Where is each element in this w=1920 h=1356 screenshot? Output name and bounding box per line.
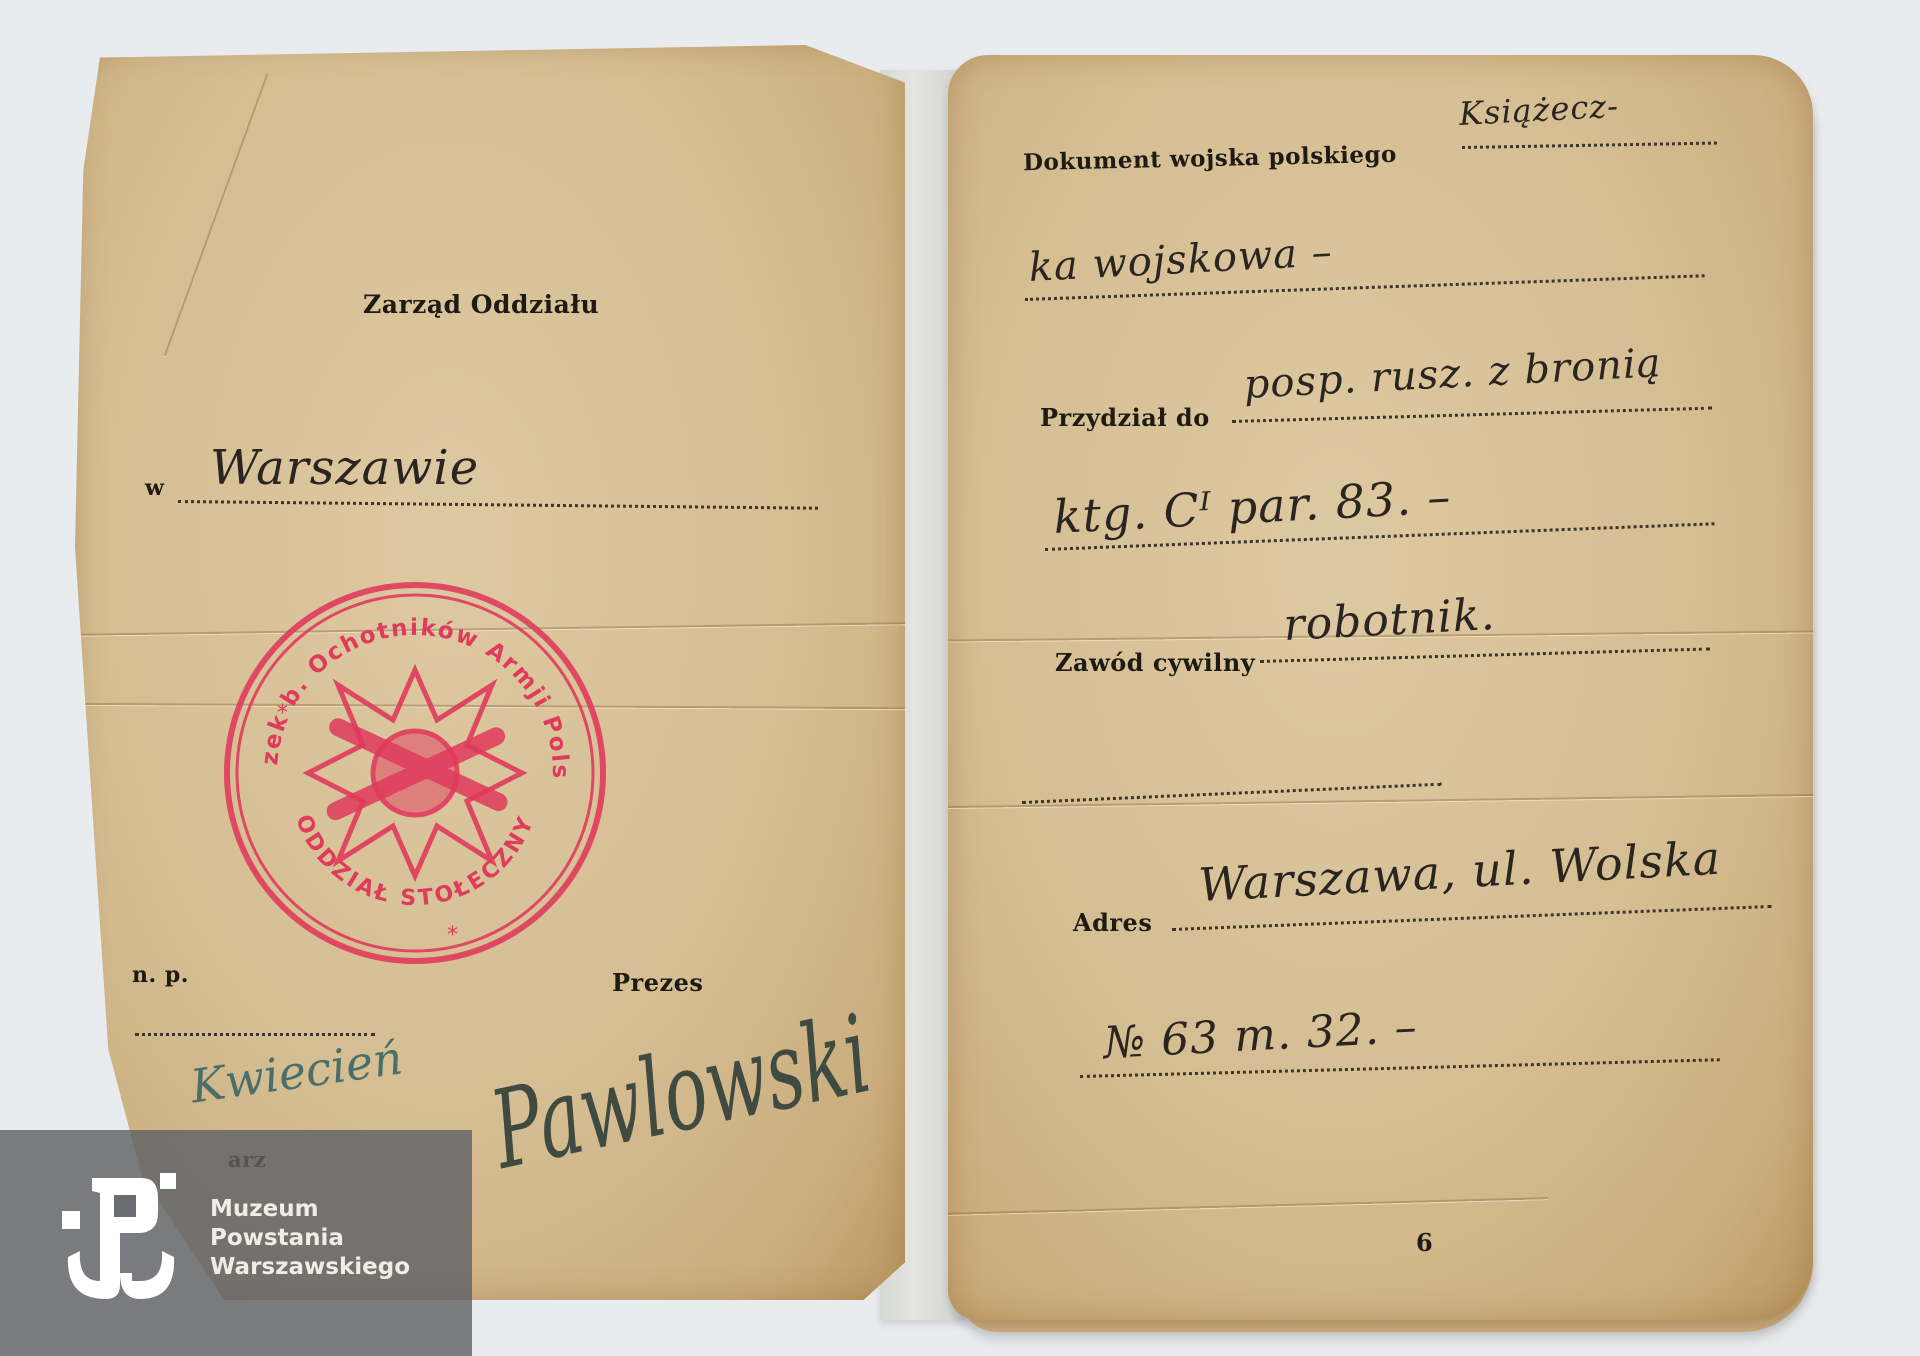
field-label-address: Adres	[1073, 908, 1152, 937]
signature-left-label: n. p.	[132, 962, 189, 988]
museum-name: Muzeum Powstania Warszawskiego	[210, 1195, 410, 1282]
svg-text:*: *	[277, 701, 288, 726]
svg-text:*: *	[447, 923, 458, 948]
field-label-occupation: Zawód cywilny	[1055, 648, 1255, 677]
location-value: Warszawie	[210, 440, 479, 496]
organization-stamp: Związek b. Ochotników Armji Polskiej ODD…	[222, 580, 608, 966]
left-page-heading: Zarząd Oddziału	[363, 290, 599, 319]
signature-right-label: Prezes	[612, 968, 703, 997]
paper-fold	[948, 1197, 1548, 1215]
field-label-assignment: Przydział do	[1040, 403, 1210, 432]
kotwica-pw-anchor-icon	[62, 1173, 182, 1303]
page-number: 6	[1416, 1228, 1433, 1257]
museum-name-line-2: Powstania	[210, 1224, 410, 1253]
museum-name-line-1: Muzeum	[210, 1195, 410, 1224]
svg-text:ODDZIAŁ STOŁECZNY: ODDZIAŁ STOŁECZNY	[290, 811, 540, 911]
paper-crease	[164, 74, 268, 357]
museum-name-line-3: Warszawskiego	[210, 1253, 410, 1282]
location-label: w	[145, 475, 164, 501]
signature-left-dotted-line	[135, 1033, 375, 1036]
